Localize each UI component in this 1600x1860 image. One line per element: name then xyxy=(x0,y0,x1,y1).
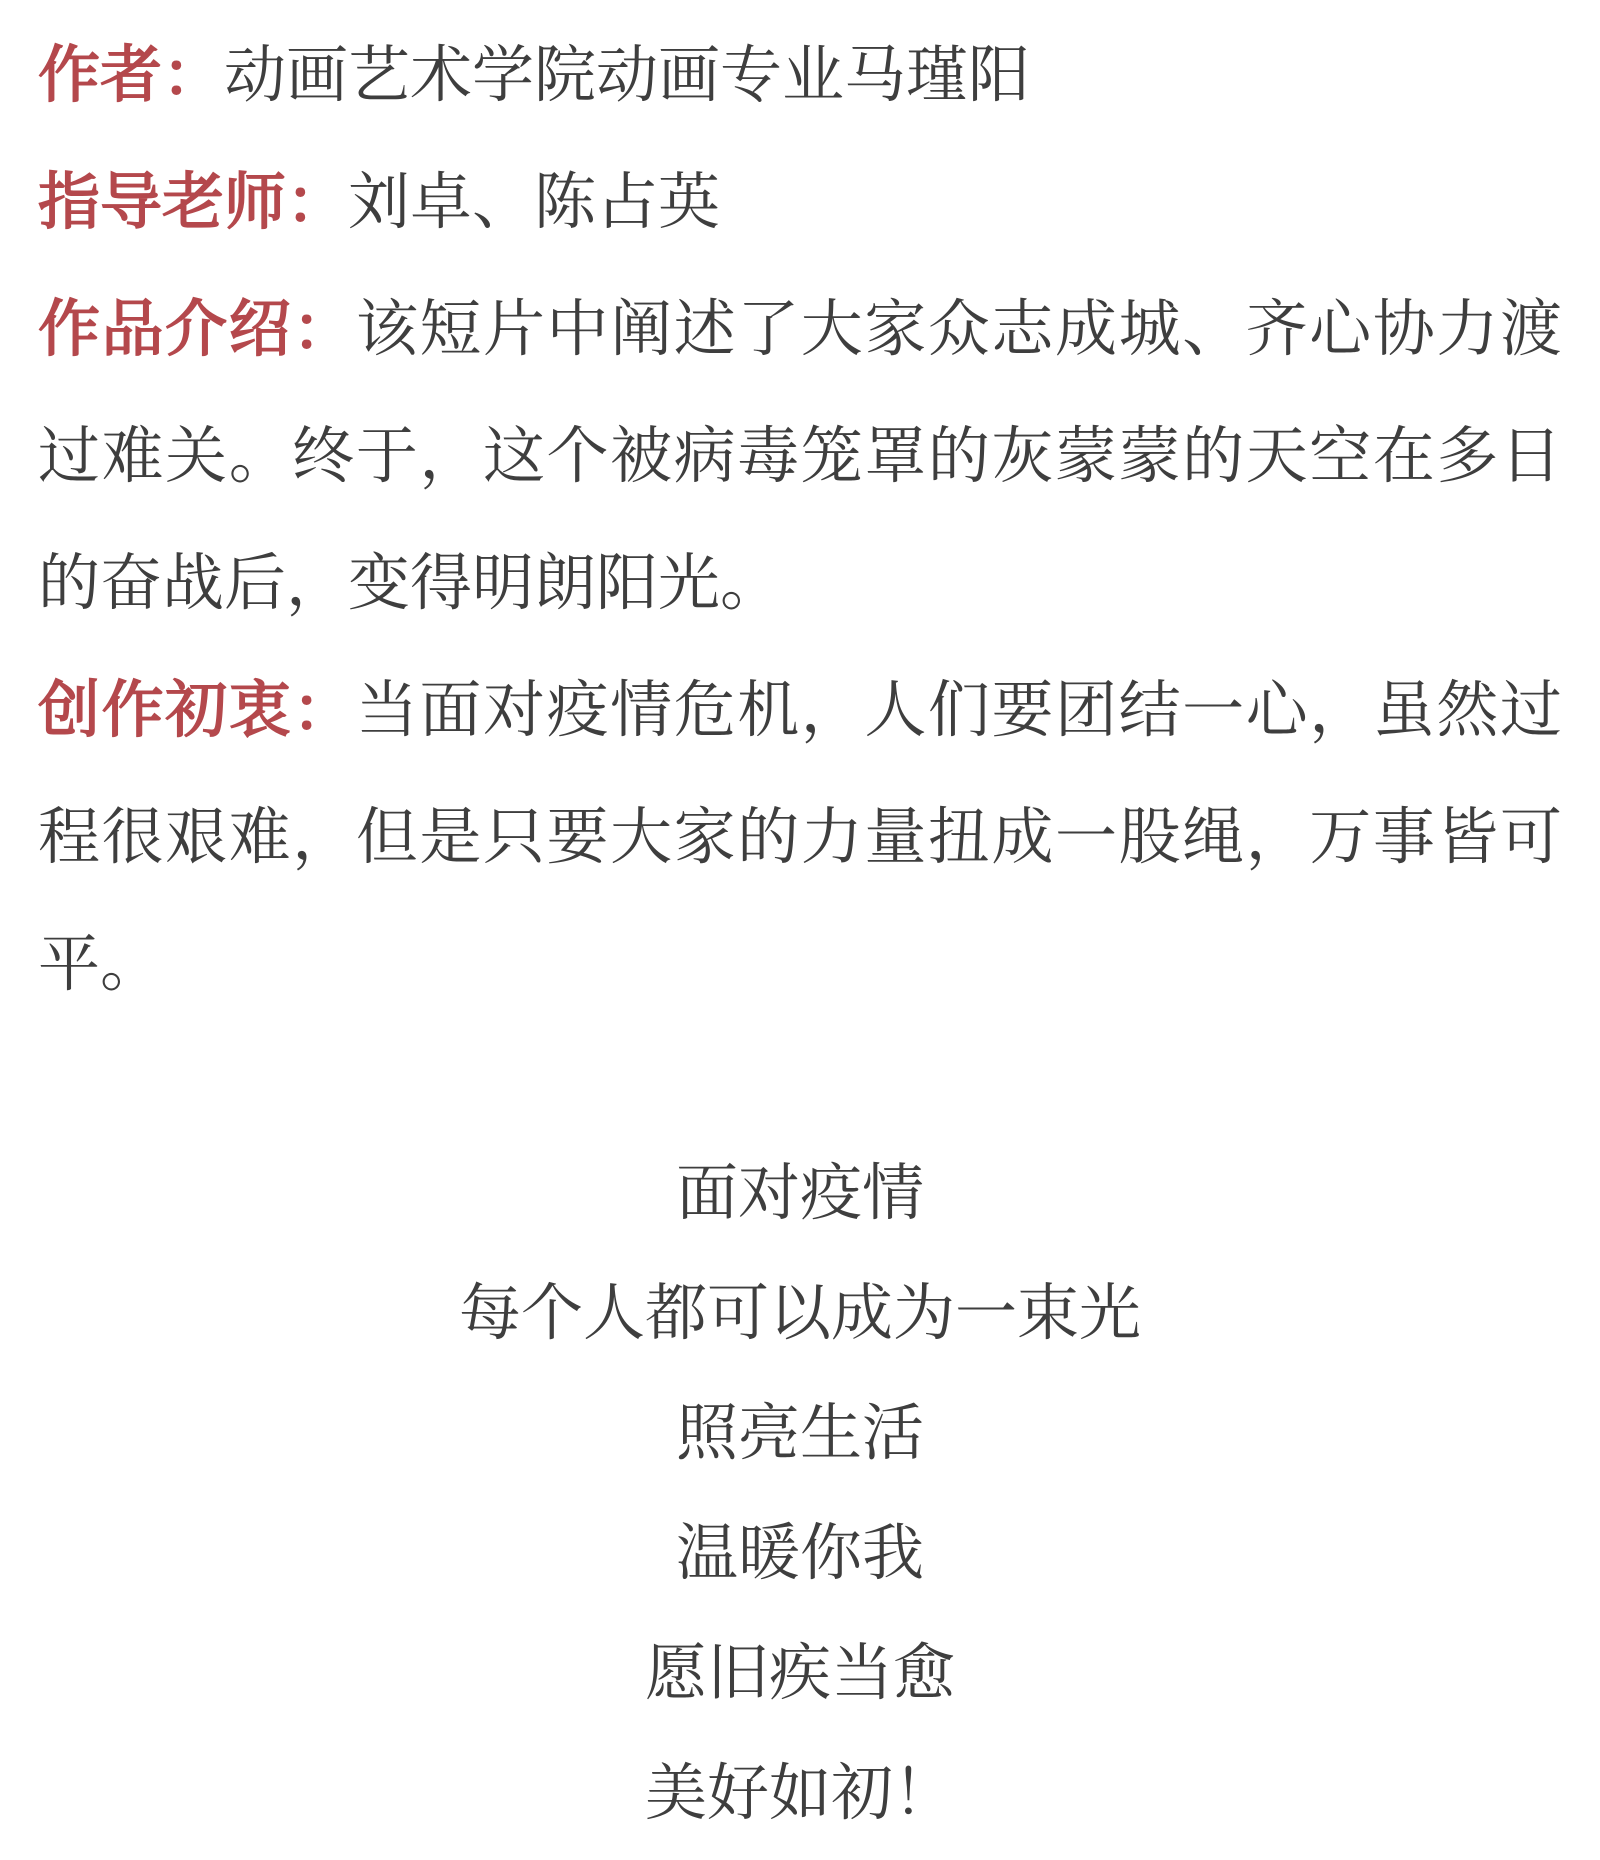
author-text: 动画艺术学院动画专业马瑾阳 xyxy=(224,41,1030,110)
creation-intent-label: 创作初衷： xyxy=(38,676,356,745)
poem-line-1: 面对疫情 xyxy=(38,1134,1562,1254)
article-body: 作者：动画艺术学院动画专业马瑾阳 指导老师：刘卓、陈占英 作品介绍：该短片中阐述… xyxy=(38,12,1562,1028)
poem-line-4: 温暖你我 xyxy=(38,1494,1562,1614)
work-intro-label: 作品介绍： xyxy=(38,295,356,364)
poem-line-2: 每个人都可以成为一束光 xyxy=(38,1254,1562,1374)
paragraph-work-intro: 作品介绍：该短片中阐述了大家众志成城、齐心协力渡过难关。终于，这个被病毒笼罩的灰… xyxy=(38,266,1562,647)
paragraph-creation-intent: 创作初衷：当面对疫情危机，人们要团结一心，虽然过程很艰难，但是只要大家的力量扭成… xyxy=(38,647,1562,1028)
advisors-text: 刘卓、陈占英 xyxy=(348,168,720,237)
paragraph-author: 作者：动画艺术学院动画专业马瑾阳 xyxy=(38,12,1562,139)
poem-line-5: 愿旧疾当愈 xyxy=(38,1614,1562,1734)
advisors-label: 指导老师： xyxy=(38,168,348,237)
poem-section: 面对疫情 每个人都可以成为一束光 照亮生活 温暖你我 愿旧疾当愈 美好如初！ xyxy=(38,1134,1562,1854)
paragraph-advisors: 指导老师：刘卓、陈占英 xyxy=(38,139,1562,266)
author-label: 作者： xyxy=(38,41,224,110)
poem-line-6: 美好如初！ xyxy=(38,1734,1562,1854)
article-page: 作者：动画艺术学院动画专业马瑾阳 指导老师：刘卓、陈占英 作品介绍：该短片中阐述… xyxy=(0,0,1600,1860)
poem-line-3: 照亮生活 xyxy=(38,1374,1562,1494)
